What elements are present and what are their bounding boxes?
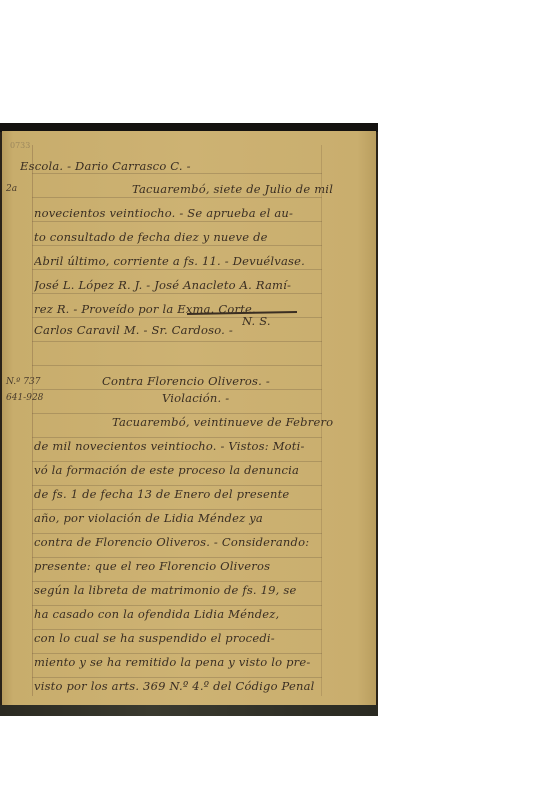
ruled-line <box>32 461 322 462</box>
entry2-line: de fs. 1 de fecha 13 de Enero del presen… <box>34 487 324 501</box>
entry2-line: presente: que el reo Florencio Oliveros <box>34 559 324 573</box>
entry1-line: to consultado de fecha diez y nueve de <box>34 230 324 244</box>
page-stamp: 0733 <box>10 141 30 150</box>
ruled-line <box>32 245 322 246</box>
scan-bottom-border <box>0 705 378 716</box>
ruled-line <box>32 437 322 438</box>
case-number: N.º 737 <box>6 377 40 387</box>
ruled-line <box>32 173 322 174</box>
entry2-line: miento y se ha remitido la pena y visto … <box>34 655 324 669</box>
ruled-line <box>32 413 322 414</box>
entry2-line: de mil novecientos veintiocho. - Vistos:… <box>34 439 324 453</box>
margin-rule <box>32 145 33 696</box>
entry2-line: vó la formación de este proceso la denun… <box>34 463 324 477</box>
ruled-line <box>32 605 322 606</box>
ruled-line <box>32 341 322 342</box>
ruled-line <box>32 485 322 486</box>
entry2-line: visto por los arts. 369 N.º 4.º del Códi… <box>34 679 324 693</box>
entry2-line: según la libreta de matrimonio de fs. 19… <box>34 583 324 597</box>
ruled-line <box>32 221 322 222</box>
paper-page: 0733 Escola. - Dario Carrasco C. - 2a Ta… <box>2 131 376 706</box>
entry1-line: Abril último, corriente a fs. 11. - Devu… <box>34 254 324 268</box>
ruled-line <box>32 653 322 654</box>
entry1-line: José L. López R. J. - José Anacleto A. R… <box>34 278 324 292</box>
entry2-line: con lo cual se ha suspendido el procedi- <box>34 631 324 645</box>
entry2-line: ha casado con la ofendida Lidia Méndez, <box>34 607 324 621</box>
entry1-line: Tacuarembó, siete de Julio de mil <box>132 182 422 196</box>
ruled-line <box>32 197 322 198</box>
ruled-line <box>32 269 322 270</box>
entry1-line: Escola. - Dario Carrasco C. - <box>20 159 310 173</box>
ruled-line <box>32 677 322 678</box>
ruled-line <box>32 557 322 558</box>
ruled-line <box>32 581 322 582</box>
entry2-line: Tacuarembó, veintinueve de Febrero <box>112 415 402 429</box>
entry2-line: contra de Florencio Oliveros. - Consider… <box>34 535 324 549</box>
scanned-ledger-page: 0733 Escola. - Dario Carrasco C. - 2a Ta… <box>0 123 378 716</box>
ruled-line <box>32 629 322 630</box>
ruled-line <box>32 533 322 534</box>
case-title: Contra Florencio Oliveros. - <box>102 374 392 388</box>
ruled-line <box>32 509 322 510</box>
entry2-line: año, por violación de Lidia Méndez ya <box>34 511 324 525</box>
ruled-line <box>32 389 322 390</box>
case-subtitle: Violación. - <box>162 391 452 405</box>
ruled-line <box>32 365 322 366</box>
entry1-line: novecientos veintiocho. - Se aprueba el … <box>34 206 324 220</box>
entry1-margin-number: 2a <box>6 184 17 194</box>
signature-mark: N. S. <box>242 314 282 328</box>
case-reference: 641-928 <box>6 393 43 403</box>
